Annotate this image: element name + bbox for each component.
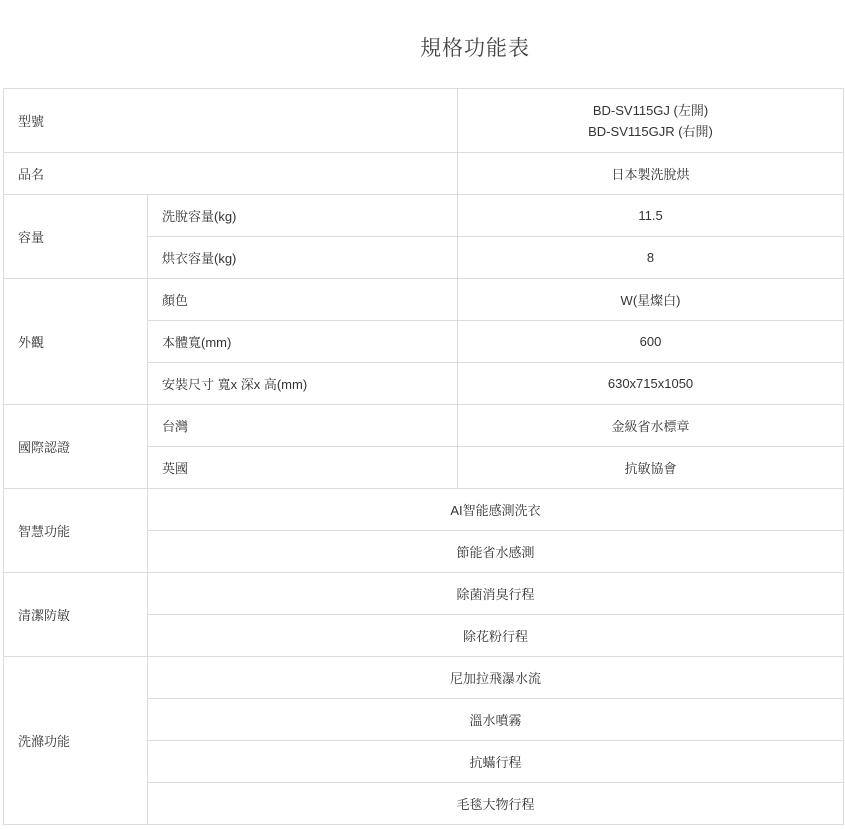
wash-function-item: 毛毯大物行程 [148, 783, 844, 825]
table-row: 國際認證 台灣 金級省水標章 [4, 405, 844, 447]
table-row-product-name: 品名 日本製洗脫烘 [4, 153, 844, 195]
install-size-label: 安裝尺寸 寬x 深x 高(mm) [148, 363, 458, 405]
wash-capacity-value: 11.5 [458, 195, 844, 237]
appearance-label: 外觀 [4, 279, 148, 405]
capacity-label: 容量 [4, 195, 148, 279]
table-row: 洗滌功能 尼加拉飛瀑水流 [4, 657, 844, 699]
certification-label: 國際認證 [4, 405, 148, 489]
wash-capacity-label: 洗脫容量(kg) [148, 195, 458, 237]
table-row-model: 型號 BD-SV115GJ (左開) BD-SV115GJR (右開) [4, 89, 844, 153]
cert-uk-value: 抗敏協會 [458, 447, 844, 489]
cert-uk-label: 英國 [148, 447, 458, 489]
table-row: 外觀 顏色 W(星燦白) [4, 279, 844, 321]
color-value: W(星燦白) [458, 279, 844, 321]
spec-table: 型號 BD-SV115GJ (左開) BD-SV115GJR (右開) 品名 日… [3, 88, 844, 825]
table-row: 智慧功能 AI智能感測洗衣 [4, 489, 844, 531]
model-value-left: BD-SV115GJ (左開) [472, 100, 829, 121]
clean-allergy-item: 除花粉行程 [148, 615, 844, 657]
cert-taiwan-label: 台灣 [148, 405, 458, 447]
smart-function-item: 節能省水感測 [148, 531, 844, 573]
product-name-label: 品名 [4, 153, 458, 195]
page-title: 規格功能表 [0, 32, 845, 62]
color-label: 顏色 [148, 279, 458, 321]
smart-function-item: AI智能感測洗衣 [148, 489, 844, 531]
wash-functions-label: 洗滌功能 [4, 657, 148, 825]
cert-taiwan-value: 金級省水標章 [458, 405, 844, 447]
dry-capacity-label: 烘衣容量(kg) [148, 237, 458, 279]
table-row: 容量 洗脫容量(kg) 11.5 [4, 195, 844, 237]
smart-functions-label: 智慧功能 [4, 489, 148, 573]
wash-function-item: 抗蟎行程 [148, 741, 844, 783]
body-width-label: 本體寬(mm) [148, 321, 458, 363]
install-size-value: 630x715x1050 [458, 363, 844, 405]
table-row: 清潔防敏 除菌消臭行程 [4, 573, 844, 615]
model-label: 型號 [4, 89, 458, 153]
wash-function-item: 溫水噴霧 [148, 699, 844, 741]
clean-allergy-item: 除菌消臭行程 [148, 573, 844, 615]
wash-function-item: 尼加拉飛瀑水流 [148, 657, 844, 699]
dry-capacity-value: 8 [458, 237, 844, 279]
model-value-right: BD-SV115GJR (右開) [472, 121, 829, 142]
product-name-value: 日本製洗脫烘 [458, 153, 844, 195]
model-value: BD-SV115GJ (左開) BD-SV115GJR (右開) [458, 89, 844, 153]
body-width-value: 600 [458, 321, 844, 363]
clean-allergy-label: 清潔防敏 [4, 573, 148, 657]
